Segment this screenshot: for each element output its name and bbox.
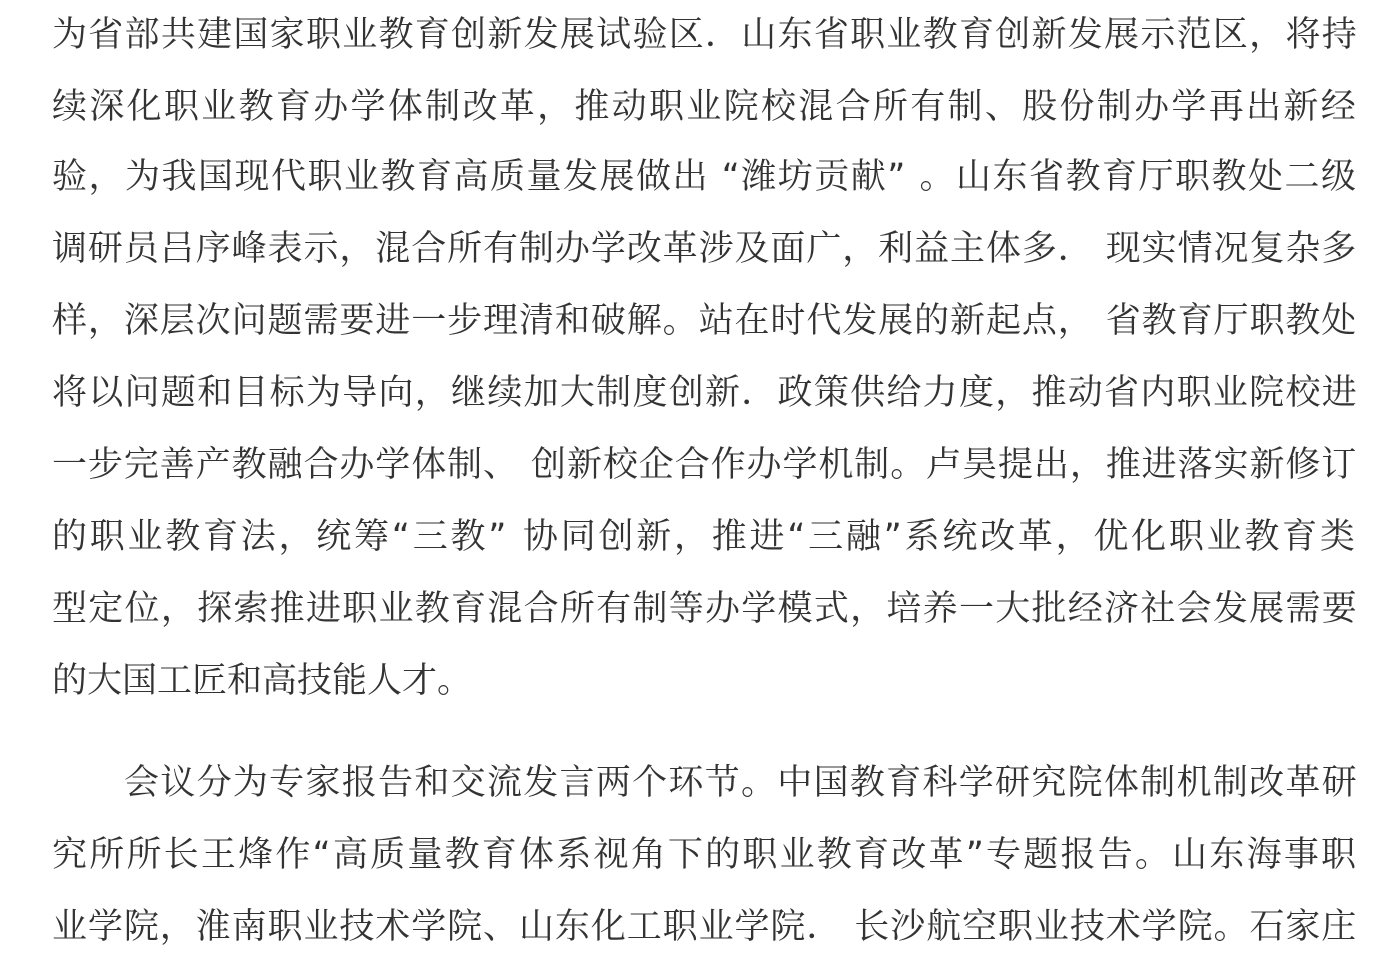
text-line: 调研员吕序峰表示，混合所有制办学改革涉及面广，利益主体多． 现实情况复杂多 (52, 224, 1357, 274)
text-line: 会议分为专家报告和交流发言两个环节。中国教育科学研究院体制机制改革研 (52, 758, 1358, 808)
text-line: 样，深层次问题需要进一步理清和破解。站在时代发展的新起点， 省教育厅职教处 (52, 296, 1357, 346)
text-line: 续深化职业教育办学体制改革，推动职业院校混合所有制、股份制办学再出新经 (52, 82, 1358, 132)
text-line: 验，为我国现代职业教育高质量发展做出 “潍坊贡献” 。山东省教育厅职教处二级 (52, 152, 1358, 202)
text-line: 型定位，探索推进职业教育混合所有制等办学模式，培养一大批经济社会发展需要 (52, 584, 1358, 634)
text-line: 一步完善产教融合办学体制、 创新校企合作办学机制。卢昊提出，推进落实新修订 (52, 440, 1357, 490)
text-line: 的职业教育法，统筹“三教” 协同创新，推进“三融”系统改革，优化职业教育类 (52, 512, 1358, 562)
text-line: 为省部共建国家职业教育创新发展试验区．山东省职业教育创新发展示范区，将持 (52, 10, 1358, 60)
text-line: 将以问题和目标为导向，继续加大制度创新．政策供给力度，推动省内职业院校进 (52, 368, 1358, 418)
text-line: 业学院，淮南职业技术学院、山东化工职业学院． 长沙航空职业技术学院。石家庄 (52, 902, 1357, 952)
text-line: 的大国工匠和高技能人才。 (52, 656, 472, 706)
text-line: 究所所长王烽作“高质量教育体系视角下的职业教育改革”专题报告。山东海事职 (52, 830, 1358, 880)
